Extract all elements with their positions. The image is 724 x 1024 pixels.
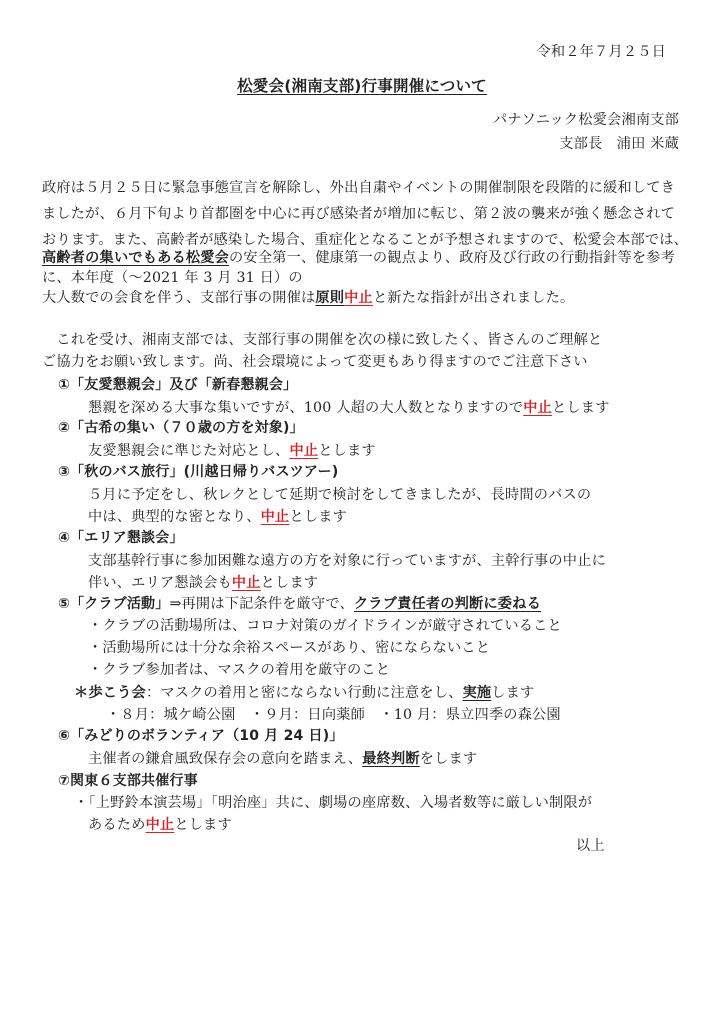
- cancel-mark: 中止: [232, 575, 261, 591]
- item-heading: ①「友愛懇親会」及び「新春懇親会」: [58, 375, 297, 395]
- document-date: 令和２年７月２５日: [537, 42, 667, 62]
- item-heading: ③「秋のバス旅行」(川越日帰りバスツアー): [58, 462, 338, 482]
- item-heading: ⑦関東６支部共催行事: [58, 771, 198, 791]
- bullet-item: ・クラブの活動場所は、コロナ対策のガイドラインが厳守されていること: [88, 616, 562, 636]
- organization-name: パナソニック松愛会湘南支部: [493, 110, 679, 130]
- emphasis-text: 原則: [315, 290, 344, 306]
- item-line: 主催者の鎌倉風致保存会の意向を踏まえ、最終判断をします: [88, 749, 477, 769]
- item-line: 友愛懇親会に準じた対応とし、中止とします: [88, 441, 376, 461]
- walk-club-label: ＊歩こう会: [74, 685, 146, 701]
- item-line: 中は、典型的な密となり、中止とします: [88, 507, 347, 527]
- intro-line: ましたが、６月下旬より首都圏を中心に再び感染者が増加に転じ、第２波の襲来が強く懸…: [42, 204, 675, 224]
- cancel-mark: 中止: [146, 817, 175, 833]
- intro-line: に、本年度（～2021 年 3 月 31 日）の: [42, 268, 303, 288]
- emphasis-text: 最終判断: [362, 751, 420, 767]
- intro-line: 政府は５月２５日に緊急事態宣言を解除し、外出自粛やイベントの開催制限を段階的に緩…: [42, 178, 675, 198]
- item-line: ・「上野鈴本演芸場」「明治座」共に、劇場の座席数、入場者数等に厳しい制限が: [74, 793, 592, 813]
- item-line: ５月に予定をし、秋レクとして延期で検討をしてきましたが、長時間のバスの: [88, 485, 591, 505]
- item-heading: ⑤「クラブ活動」⇒再開は下記条件を厳守で、クラブ責任者の判断に委ねる: [58, 594, 541, 614]
- item-line: あるため中止とします: [88, 815, 232, 835]
- intro-line: おります。また、高齢者が感染した場合、重症化となることが予想されますので、松愛会…: [42, 230, 688, 250]
- emphasis-text: 実施: [462, 685, 491, 701]
- cancel-mark: 中止: [261, 509, 290, 525]
- emphasis-text: 高齢者の集いでもある松愛会: [42, 250, 229, 266]
- walk-schedule: ・８月：城ケ崎公園 ・９月：日向薬師 ・10 月：県立四季の森公園: [106, 705, 561, 725]
- walk-club-line: ＊歩こう会：マスクの着用と密にならない行動に注意をし、実施します: [74, 683, 534, 703]
- item-heading: ④「エリア懇談会」: [58, 528, 184, 548]
- emphasis-text: クラブ責任者の判断に委ねる: [354, 596, 541, 612]
- request-line: これを受け、湘南支部では、支部行事の開催を次の様に致したく、皆さんのご理解と: [42, 330, 602, 350]
- item-heading: ⑥「みどりのボランティア（10 月 24 日)」: [58, 726, 344, 746]
- document-page: 令和２年７月２５日 松愛会(湘南支部)行事開催について パナソニック松愛会湘南支…: [0, 0, 724, 1024]
- cancel-mark: 中止: [289, 443, 318, 459]
- cancel-mark: 中止: [344, 290, 373, 306]
- closing-text: 以上: [576, 836, 605, 856]
- intro-line: 大人数での会食を伴う、支部行事の開催は原則中止と新たな指針が出されました。: [42, 288, 574, 308]
- cancel-mark: 中止: [523, 400, 552, 416]
- signatory: 支部長 浦田 米蔵: [559, 134, 679, 154]
- bullet-item: ・活動場所には十分な余裕スペースがあり、密にならないこと: [88, 638, 490, 658]
- request-line: ご協力をお願い致します。尚、社会環境によって変更もあり得ますのでご注意下さい: [42, 352, 588, 372]
- item-line: 伴い、エリア懇談会も中止とします: [88, 573, 318, 593]
- item-line: 支部基幹行事に参加困難な遠方の方を対象に行っていますが、主幹行事の中止に: [88, 551, 606, 571]
- document-title: 松愛会(湘南支部)行事開催について: [0, 76, 724, 96]
- item-line: 懇親を深める大事な集いですが、100 人超の大人数となりますので中止とします: [88, 398, 610, 418]
- bullet-item: ・クラブ参加者は、マスクの着用を厳守のこと: [88, 660, 390, 680]
- item-heading: ②「古希の集い（７０歳の方を対象)」: [58, 418, 304, 438]
- intro-line: 高齢者の集いでもある松愛会の安全第一、健康第一の観点より、政府及び行政の行動指針…: [42, 248, 675, 268]
